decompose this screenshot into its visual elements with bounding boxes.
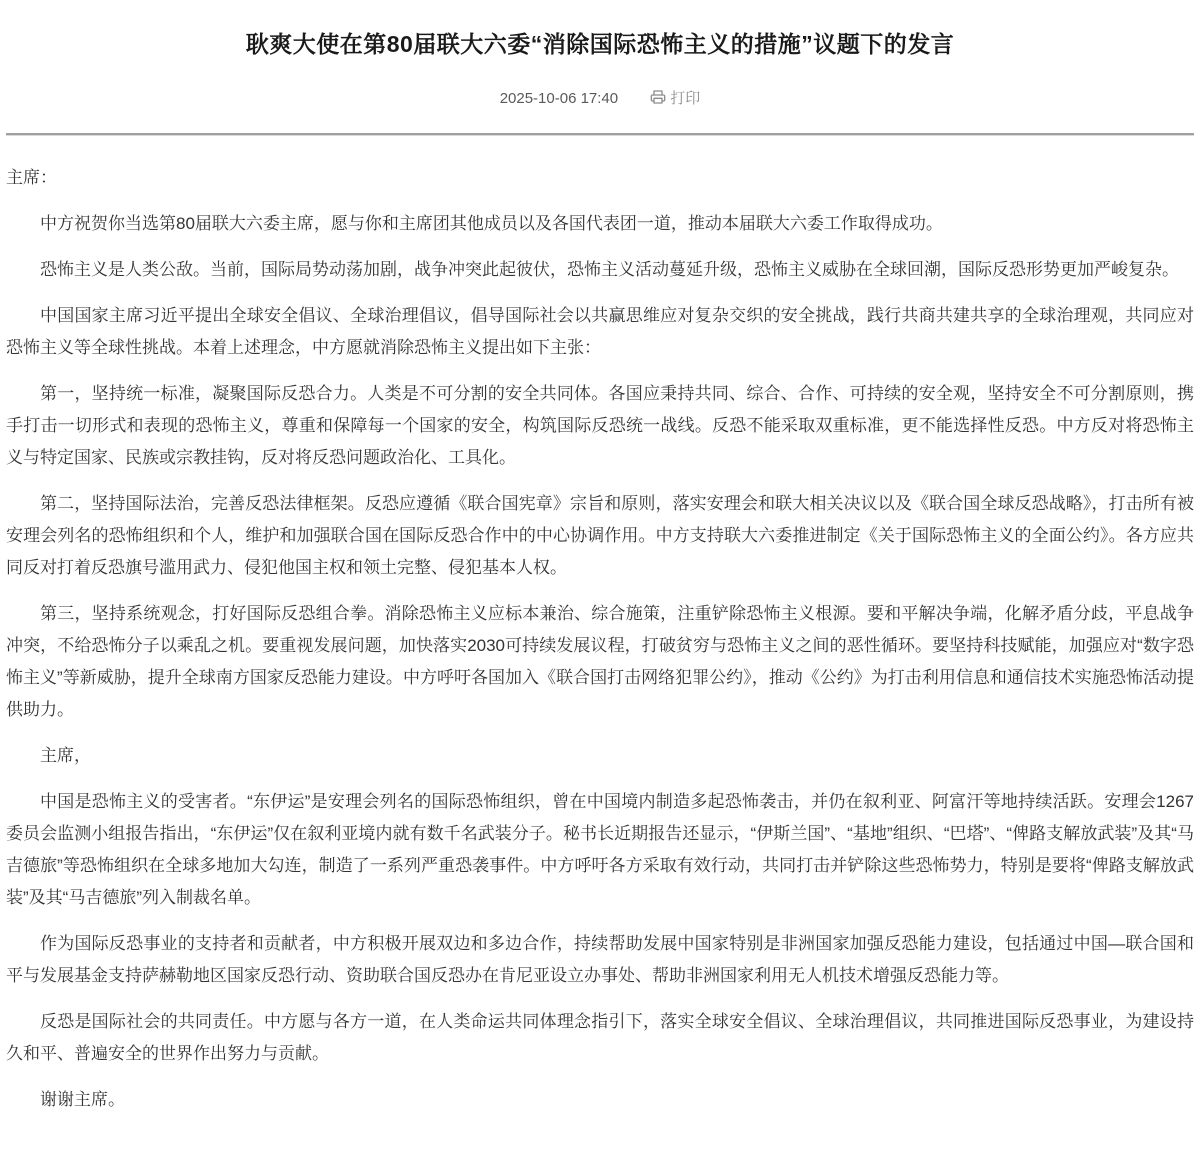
article-paragraph: 第一，坚持统一标准，凝聚国际反恐合力。人类是不可分割的安全共同体。各国应秉持共同… [6, 378, 1194, 474]
article-paragraph: 主席： [6, 162, 1194, 194]
article-paragraph: 第二，坚持国际法治，完善反恐法律框架。反恐应遵循《联合国宪章》宗旨和原则，落实安… [6, 488, 1194, 584]
article-title: 耿爽大使在第80届联大六委“消除国际恐怖主义的措施”议题下的发言 [6, 0, 1194, 61]
publish-date: 2025-10-06 17:40 [500, 89, 618, 109]
article-paragraph: 第三，坚持系统观念，打好国际反恐组合拳。消除恐怖主义应标本兼治、综合施策，注重铲… [6, 598, 1194, 726]
article-paragraph: 主席， [6, 740, 1194, 772]
article-page: 耿爽大使在第80届联大六委“消除国际恐怖主义的措施”议题下的发言 2025-10… [0, 0, 1200, 1160]
article-meta: 2025-10-06 17:40 打印 [6, 89, 1194, 109]
article-body: 主席：中方祝贺你当选第80届联大六委主席，愿与你和主席团其他成员以及各国代表团一… [6, 136, 1194, 1116]
print-label: 打印 [670, 90, 700, 107]
print-button[interactable]: 打印 [650, 89, 700, 109]
article-paragraph: 中国是恐怖主义的受害者。“东伊运”是安理会列名的国际恐怖组织，曾在中国境内制造多… [6, 786, 1194, 914]
article-paragraph: 中方祝贺你当选第80届联大六委主席，愿与你和主席团其他成员以及各国代表团一道，推… [6, 208, 1194, 240]
article-paragraph: 中国国家主席习近平提出全球安全倡议、全球治理倡议，倡导国际社会以共赢思维应对复杂… [6, 300, 1194, 364]
printer-icon [650, 90, 670, 107]
article-paragraph: 恐怖主义是人类公敌。当前，国际局势动荡加剧，战争冲突此起彼伏，恐怖主义活动蔓延升… [6, 254, 1194, 286]
article-paragraph: 作为国际反恐事业的支持者和贡献者，中方积极开展双边和多边合作，持续帮助发展中国家… [6, 928, 1194, 992]
article-paragraph: 反恐是国际社会的共同责任。中方愿与各方一道，在人类命运共同体理念指引下，落实全球… [6, 1006, 1194, 1070]
article-paragraph: 谢谢主席。 [6, 1084, 1194, 1116]
